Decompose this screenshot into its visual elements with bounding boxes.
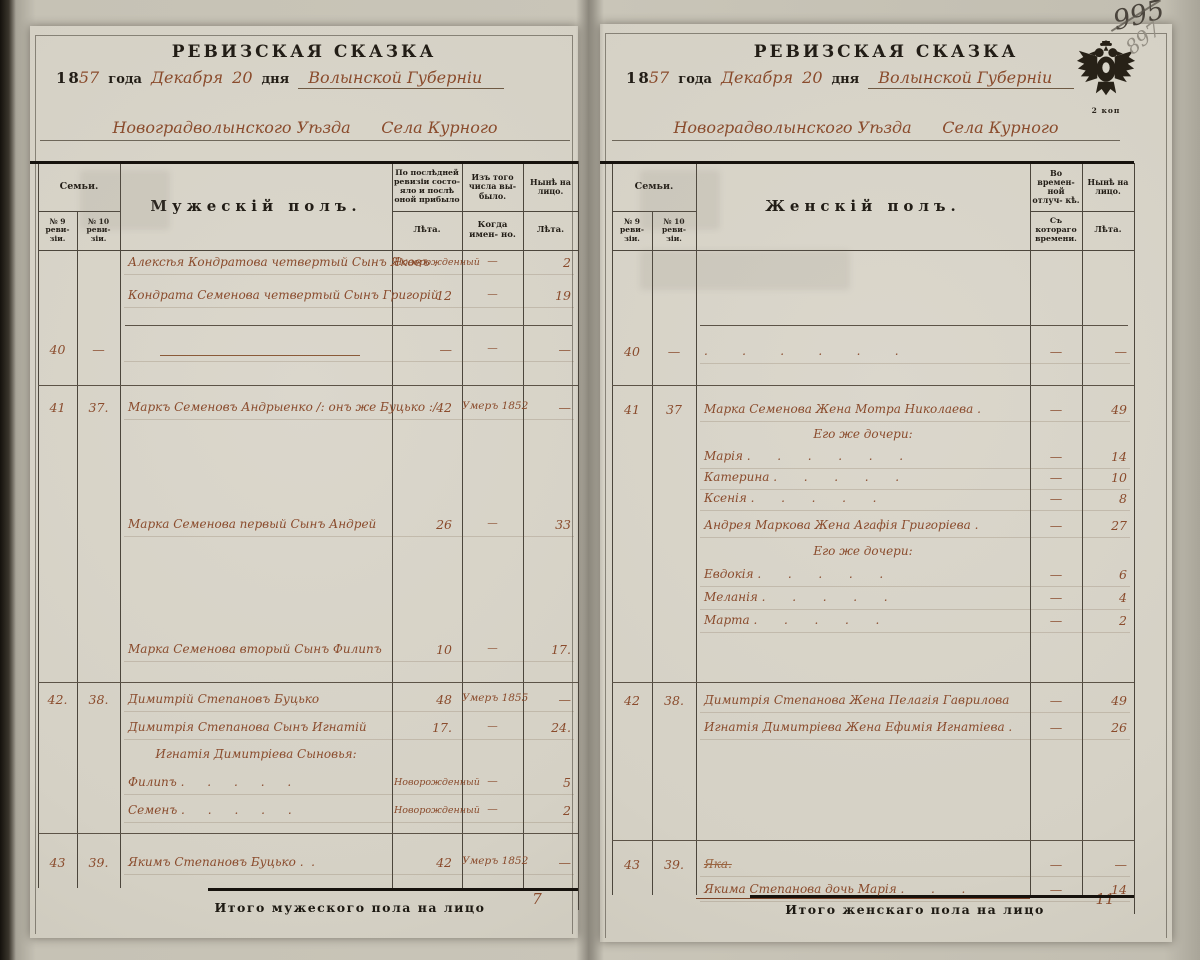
table-vertical-rule	[38, 161, 39, 888]
female-row-11-age: 49	[1082, 694, 1134, 708]
female-row-1-absent: —	[1030, 403, 1082, 417]
female-row-5-age: 8	[1082, 492, 1134, 506]
year-handwritten: 57	[79, 68, 99, 87]
ruled-guide-line	[700, 510, 1130, 511]
male-row-11-n9: 43	[38, 856, 77, 870]
female-row-0-absent: —	[1030, 345, 1082, 359]
col-years-now-subheader: Лѣта.	[523, 211, 578, 250]
ruled-guide-line	[124, 419, 574, 420]
male-row-6-now: —	[523, 693, 578, 707]
ruled-guide-line	[700, 363, 1130, 364]
location-line: Новоградволынского Уѣзда Села Курного	[612, 118, 1120, 141]
female-row-5-absent: —	[1030, 492, 1082, 506]
province-handwritten: Волынской Губерніи	[868, 68, 1074, 89]
ruled-guide-line	[124, 536, 574, 537]
date-line: 1857 года Декабря 20 дня Волынской Губер…	[626, 68, 1074, 89]
male-row-4-name: Марка Семенова первый Сынъ Андрей	[120, 518, 392, 531]
male-row-6-n10: 38.	[77, 693, 120, 707]
male-row-5-now: 17.	[523, 643, 578, 657]
male-row-0-when: —	[462, 256, 523, 268]
male-row-11-age: 42	[392, 856, 462, 870]
male-row-4-when: —	[462, 518, 523, 530]
male-row-9-name: Филипъ . . . . .	[120, 776, 392, 789]
female-row-10-absent: —	[1030, 614, 1082, 628]
female-row-5-name: Ксенія . . . . .	[696, 492, 1030, 505]
female-row-0-age: —	[1082, 345, 1134, 359]
table-horizontal-rule	[38, 385, 578, 386]
table-vertical-rule	[77, 211, 78, 888]
male-row-1-age: 12	[392, 289, 462, 303]
ruled-guide-line	[124, 822, 574, 823]
ruled-guide-line	[700, 586, 1130, 587]
female-row-10-age: 2	[1082, 614, 1134, 628]
table-vertical-rule	[652, 211, 653, 895]
ruled-guide-line	[700, 739, 1130, 740]
table-horizontal-rule	[612, 385, 1134, 386]
male-row-5-when: —	[462, 643, 523, 655]
female-row-13-name: Яка.	[696, 858, 1030, 871]
year-handwritten: 57	[649, 68, 669, 87]
male-row-11-when: Умеръ 1852	[462, 856, 523, 868]
male-row-3-when: Умеръ 1852	[462, 401, 523, 413]
page-gutter-shadow	[576, 0, 604, 960]
male-row-6-when: Умеръ 1855	[462, 693, 523, 705]
ruled-guide-line	[124, 711, 574, 712]
ruled-guide-line	[700, 421, 1130, 422]
male-row-5-age: 10	[392, 643, 462, 657]
male-row-1-now: 19	[523, 289, 578, 303]
male-row-2-when: —	[462, 343, 523, 355]
male-row-7-age: 17.	[392, 721, 462, 735]
female-row-4-age: 10	[1082, 471, 1134, 485]
male-row-2-rule-line	[160, 355, 360, 356]
female-row-0-n9: 40	[612, 345, 652, 359]
col-last-revision-header: По послѣдней ревизіи состо- яло и послѣ …	[392, 163, 462, 211]
female-row-13-absent: —	[1030, 858, 1082, 872]
ruled-guide-line	[700, 901, 1130, 902]
male-row-10-when: —	[462, 804, 523, 816]
male-total-label: Итого мужеского пола на лицо	[180, 900, 520, 915]
female-row-3-name: Марія . . . . . .	[696, 450, 1030, 463]
female-row-12-name: Игнатія Димитріева Жена Ефимія Игнатіева…	[696, 721, 1030, 734]
left-page-male: РЕВИЗСКАЯ СКАЗКА 1857 года Декабря 20 дн…	[30, 26, 578, 938]
female-row-14-absent: —	[1030, 883, 1082, 897]
table-horizontal-rule	[392, 211, 578, 212]
table-horizontal-rule	[1030, 211, 1134, 212]
female-row-9-absent: —	[1030, 591, 1082, 605]
male-row-11-now: —	[523, 856, 578, 870]
male-row-0-age: Новорожденный	[392, 256, 462, 268]
female-row-0-n10: —	[652, 345, 696, 359]
col-when-subheader: Когда имен- но.	[462, 211, 523, 250]
male-row-2-n9: 40	[38, 343, 77, 357]
page-title: РЕВИЗСКАЯ СКАЗКА	[30, 42, 578, 62]
male-row-1-when: —	[462, 289, 523, 301]
female-row-7-name: Его же дочери:	[696, 545, 1030, 558]
male-row-5-name: Марка Семенова вторый Сынъ Филипъ	[120, 643, 392, 656]
table-horizontal-rule	[612, 840, 1134, 841]
col-years-subheader: Лѣта.	[1082, 211, 1134, 250]
female-row-8-absent: —	[1030, 568, 1082, 582]
male-row-6-age: 48	[392, 693, 462, 707]
ruled-guide-line	[700, 876, 1130, 877]
male-row-8-name: Игнатія Димитріева Сыновья:	[120, 748, 392, 761]
year-label: года	[678, 72, 712, 87]
col-present-header: Нынѣ на лицо.	[1082, 163, 1134, 211]
female-row-14-name: Якима Степанова дочь Марія . . .	[696, 883, 1030, 899]
col-departed-header: Изъ того числа вы- было.	[462, 163, 523, 211]
female-row-13-n10: 39.	[652, 858, 696, 872]
female-total-label: Итого женскаго пола на лицо	[750, 902, 1080, 917]
ruled-guide-line	[124, 274, 574, 275]
ruled-guide-line	[700, 489, 1130, 490]
ruled-guide-line	[124, 661, 574, 662]
day-handwritten: 20	[232, 68, 252, 87]
female-row-4-name: Катерина . . . . .	[696, 471, 1030, 484]
female-row-11-absent: —	[1030, 694, 1082, 708]
table-horizontal-rule	[612, 682, 1134, 683]
male-row-1-name: Кондрата Семенова четвертый Сынъ Григорі…	[120, 289, 392, 302]
male-row-3-n9: 41	[38, 401, 77, 415]
table-horizontal-rule	[208, 888, 578, 891]
book-binding-edge	[0, 0, 16, 960]
ruled-guide-line	[700, 468, 1130, 469]
month-handwritten: Декабря	[721, 68, 793, 87]
female-row-13-n9: 43	[612, 858, 652, 872]
year-label: года	[108, 72, 142, 87]
male-row-0-name: Алексѣя Кондратова четвертый Сынъ Яковъ …	[120, 256, 392, 269]
col-n9-header: № 9 реви- зіи.	[38, 211, 77, 250]
female-row-6-absent: —	[1030, 519, 1082, 533]
male-row-10-name: Семенъ . . . . .	[120, 804, 392, 817]
ruled-guide-line	[124, 874, 574, 875]
female-row-8-age: 6	[1082, 568, 1134, 582]
male-row-3-name: Маркъ Семеновъ Андрыенко /: онъ же Буцьк…	[120, 401, 392, 414]
right-page-female: РЕВИЗСКАЯ СКАЗКА 1857 года Декабря 20 дн…	[600, 24, 1172, 942]
male-row-4-age: 26	[392, 518, 462, 532]
province-handwritten: Волынской Губерніи	[298, 68, 504, 89]
male-row-6-n9: 42.	[38, 693, 77, 707]
male-row-7-now: 24.	[523, 721, 578, 735]
male-row-11-name: Якимъ Степановъ Буцько . .	[120, 856, 392, 869]
location-line: Новоградволынского Уѣзда Села Курного	[40, 118, 570, 141]
col-absence-header: Во времен- ной отлуч- кѣ.	[1030, 163, 1082, 211]
location-handwritten: Новоградволынского Уѣзда Села Курного	[673, 118, 1058, 137]
female-row-4-absent: —	[1030, 471, 1082, 485]
male-row-7-when: —	[462, 721, 523, 733]
ruled-guide-line	[700, 609, 1130, 610]
ruled-guide-line	[700, 632, 1130, 633]
female-row-3-absent: —	[1030, 450, 1082, 464]
table-horizontal-rule	[30, 161, 578, 164]
male-total-value: 7	[512, 890, 562, 908]
day-label: дня	[832, 72, 860, 87]
female-row-0-name: . . . . . .	[696, 345, 1030, 358]
ink-bleedthrough	[80, 170, 170, 230]
table-horizontal-rule	[600, 161, 1134, 164]
female-row-10-name: Марта . . . . .	[696, 614, 1030, 627]
female-row-6-name: Андрея Маркова Жена Агафія Григоріева .	[696, 519, 1030, 532]
female-row-1-age: 49	[1082, 403, 1134, 417]
col-since-when-subheader: Съ котораго времени.	[1030, 211, 1082, 250]
female-row-6-age: 27	[1082, 519, 1134, 533]
col-present-header: Нынѣ на лицо.	[523, 163, 578, 211]
female-row-1-n10: 37	[652, 403, 696, 417]
male-row-9-now: 5	[523, 776, 578, 790]
col-years-subheader: Лѣта.	[392, 211, 462, 250]
female-row-12-absent: —	[1030, 721, 1082, 735]
female-row-1-name: Марка Семенова Жена Мотра Николаева .	[696, 403, 1030, 416]
ruled-guide-line	[700, 712, 1130, 713]
ruled-guide-line	[700, 537, 1130, 538]
table-horizontal-rule	[38, 250, 578, 251]
table-horizontal-rule	[125, 325, 572, 326]
ink-bleedthrough	[640, 170, 720, 230]
male-row-2-n10: —	[77, 343, 120, 357]
female-row-9-name: Меланія . . . . .	[696, 591, 1030, 604]
male-row-3-now: —	[523, 401, 578, 415]
table-vertical-rule	[1134, 163, 1135, 914]
male-row-6-name: Димитрій Степановъ Буцько	[120, 693, 392, 706]
male-row-9-when: —	[462, 776, 523, 788]
male-row-3-age: 42	[392, 401, 462, 415]
female-row-13-age: —	[1082, 858, 1134, 872]
scanned-revision-list-spread: РЕВИЗСКАЯ СКАЗКА 1857 года Декабря 20 дн…	[0, 0, 1200, 960]
male-row-11-n10: 39.	[77, 856, 120, 870]
year-printed: 18	[56, 69, 81, 87]
month-handwritten: Декабря	[151, 68, 223, 87]
male-row-2-now: —	[523, 343, 578, 357]
female-row-1-n9: 41	[612, 403, 652, 417]
female-row-3-age: 14	[1082, 450, 1134, 464]
male-row-10-now: 2	[523, 804, 578, 818]
ruled-guide-line	[124, 361, 574, 362]
male-row-4-now: 33	[523, 518, 578, 532]
year-printed: 18	[626, 69, 651, 87]
stamp-denomination: 2 коп	[1074, 106, 1138, 115]
female-row-11-n9: 42	[612, 694, 652, 708]
male-row-10-age: Новорожденный	[392, 804, 462, 816]
ink-bleedthrough	[640, 250, 850, 290]
table-horizontal-rule	[700, 325, 1128, 326]
female-row-11-name: Димитрія Степанова Жена Пелагія Гаврилов…	[696, 694, 1030, 707]
female-row-12-age: 26	[1082, 721, 1134, 735]
male-row-0-now: 2	[523, 256, 578, 270]
ruled-guide-line	[124, 739, 574, 740]
male-row-3-n10: 37.	[77, 401, 120, 415]
date-line: 1857 года Декабря 20 дня Волынской Губер…	[56, 68, 504, 89]
female-row-14-age: 14	[1082, 883, 1134, 897]
location-handwritten: Новоградволынского Уѣзда Села Курного	[112, 118, 497, 137]
male-row-9-age: Новорожденный	[392, 776, 462, 788]
table-horizontal-rule	[38, 682, 578, 683]
male-row-7-name: Димитрія Степанова Сынъ Игнатій	[120, 721, 392, 734]
col-female-sex-header: Женскій полъ.	[696, 163, 1030, 250]
day-handwritten: 20	[802, 68, 822, 87]
female-row-9-age: 4	[1082, 591, 1134, 605]
day-label: дня	[262, 72, 290, 87]
male-row-2-age: —	[392, 343, 462, 357]
table-horizontal-rule	[38, 833, 578, 834]
ruled-guide-line	[124, 794, 574, 795]
female-row-8-name: Евдокія . . . . .	[696, 568, 1030, 581]
female-row-2-name: Его же дочери:	[696, 428, 1030, 441]
ruled-guide-line	[124, 307, 574, 308]
table-vertical-rule	[612, 163, 613, 895]
female-row-11-n10: 38.	[652, 694, 696, 708]
